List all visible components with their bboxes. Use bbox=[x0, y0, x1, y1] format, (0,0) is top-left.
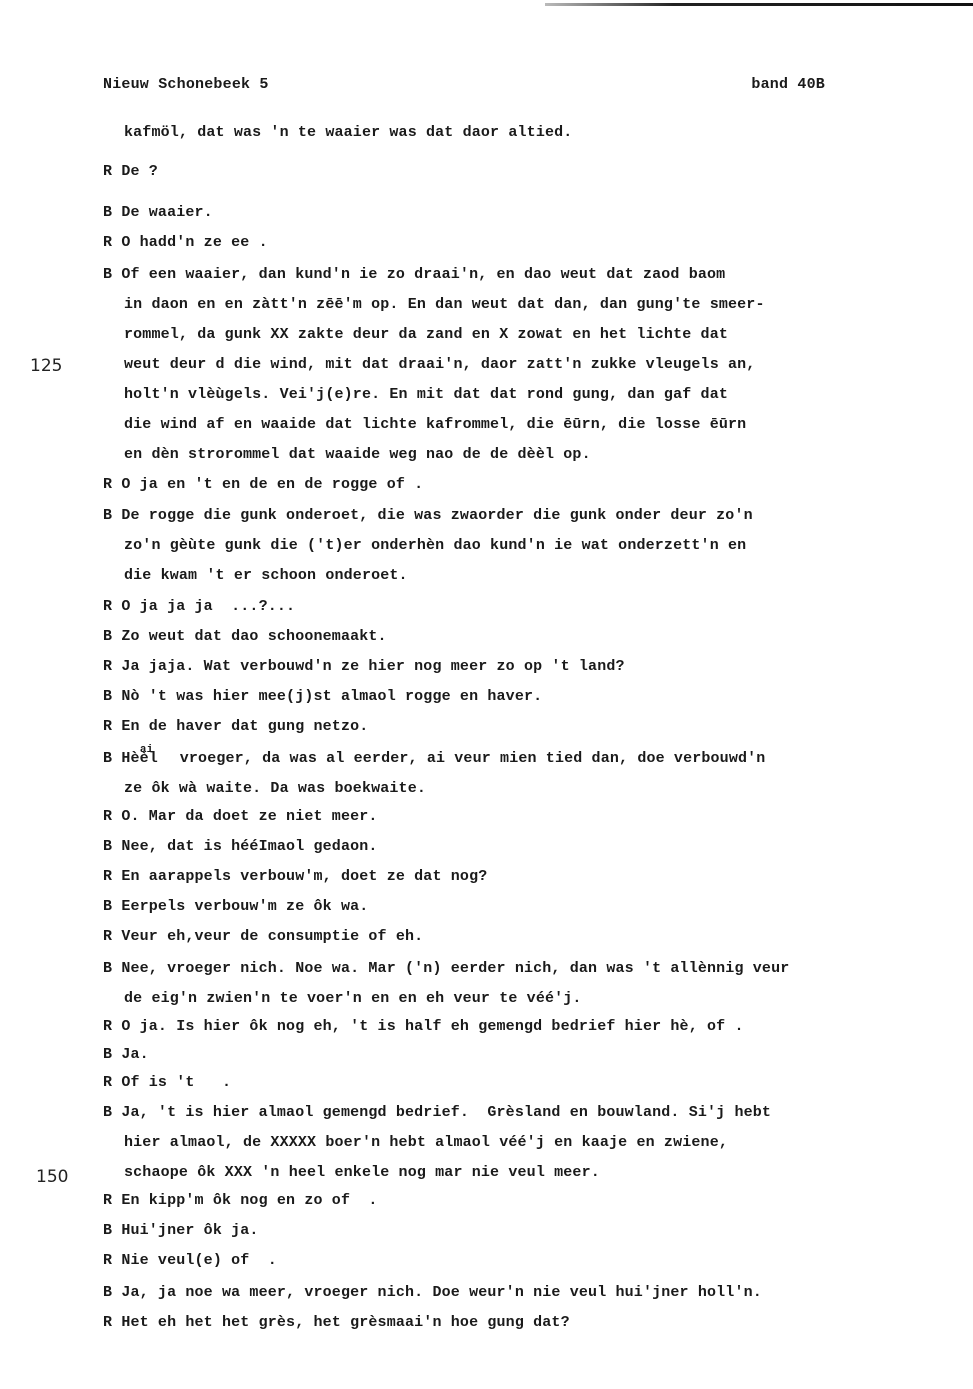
speaker-label: R bbox=[103, 1074, 121, 1091]
speaker-label: B bbox=[103, 204, 121, 221]
speaker-label: R bbox=[103, 163, 121, 180]
dialogue-line-r: R Of is 't . bbox=[103, 1074, 231, 1092]
line-text: holt'n vlèùgels. Vei'j(e)re. En mit dat … bbox=[124, 386, 728, 403]
line-text: rommel, da gunk XX zakte deur da zand en… bbox=[124, 326, 728, 343]
dialogue-line-b: B Nò 't was hier mee(j)st almaol rogge e… bbox=[103, 688, 542, 706]
dialogue-line-r: R O ja en 't en de en de rogge of . bbox=[103, 476, 423, 494]
dialogue-line-r: R O. Mar da doet ze niet meer. bbox=[103, 808, 378, 826]
dialogue-line-b: B Ja, ja noe wa meer, vroeger nich. Doe … bbox=[103, 1284, 762, 1302]
line-text: Nee, dat is hééImaol gedaon. bbox=[121, 838, 377, 855]
line-text: O hadd'n ze ee . bbox=[121, 234, 267, 251]
margin-note-counter: 150 bbox=[36, 1167, 68, 1187]
dialogue-continuation-line: en dèn strorommel dat waaide weg nao de … bbox=[124, 446, 591, 464]
dialogue-continuation-line: holt'n vlèùgels. Vei'j(e)re. En mit dat … bbox=[124, 386, 728, 404]
dialogue-continuation-line: rommel, da gunk XX zakte deur da zand en… bbox=[124, 326, 728, 344]
dialogue-line-r: R O ja. Is hier ôk nog eh, 't is half eh… bbox=[103, 1018, 744, 1036]
dialogue-continuation-line: zo'n gèùte gunk die ('t)er onderhèn dao … bbox=[124, 537, 746, 555]
dialogue-line-r: R En aarappels verbouw'm, doet ze dat no… bbox=[103, 868, 487, 886]
dialogue-line-b: B Hèèlai vroeger, da was al eerder, ai v… bbox=[103, 750, 765, 769]
speaker-label: B bbox=[103, 507, 121, 524]
dialogue-line-b: B Ja, 't is hier almaol gemengd bedrief.… bbox=[103, 1104, 771, 1122]
speaker-label: R bbox=[103, 476, 121, 493]
speaker-label: B bbox=[103, 628, 121, 645]
line-text: Hui'jner ôk ja. bbox=[121, 1222, 258, 1239]
page-header: Nieuw Schonebeek 5 band 40B bbox=[103, 76, 825, 96]
dialogue-line-b: B Nee, vroeger nich. Noe wa. Mar ('n) ee… bbox=[103, 960, 789, 978]
dialogue-line-r: R Nie veul(e) of . bbox=[103, 1252, 277, 1270]
line-text: weut deur d die wind, mit dat draai'n, d… bbox=[124, 356, 755, 373]
dialogue-continuation-line: weut deur d die wind, mit dat draai'n, d… bbox=[124, 356, 755, 374]
speaker-label: B bbox=[103, 960, 121, 977]
dialogue-continuation-line: hier almaol, de XXXXX boer'n hebt almaol… bbox=[124, 1134, 728, 1152]
line-text: En de haver dat gung netzo. bbox=[121, 718, 368, 735]
line-text: in daon en en zàtt'n zēē'm op. En dan we… bbox=[124, 296, 765, 313]
speaker-label: B bbox=[103, 1284, 121, 1301]
line-text: Ja. bbox=[121, 1046, 148, 1063]
speaker-label: R bbox=[103, 1314, 121, 1331]
superscript-annotation: ai bbox=[140, 744, 154, 756]
line-text: O ja. Is hier ôk nog eh, 't is half eh g… bbox=[121, 1018, 743, 1035]
line-text: Zo weut dat dao schoonemaakt. bbox=[121, 628, 386, 645]
line-text: zo'n gèùte gunk die ('t)er onderhèn dao … bbox=[124, 537, 746, 554]
line-text: Ja, ja noe wa meer, vroeger nich. Doe we… bbox=[121, 1284, 762, 1301]
speaker-label: B bbox=[103, 266, 121, 283]
line-text: O ja ja ja ...?... bbox=[121, 598, 295, 615]
speaker-label: R bbox=[103, 598, 121, 615]
dialogue-line-r: R De ? bbox=[103, 163, 158, 181]
dialogue-line-b: B Hui'jner ôk ja. bbox=[103, 1222, 259, 1240]
line-text: De waaier. bbox=[121, 204, 213, 221]
dialogue-continuation-line: die wind af en waaide dat lichte kafromm… bbox=[124, 416, 746, 434]
dialogue-line-r: R En de haver dat gung netzo. bbox=[103, 718, 368, 736]
line-text: schaope ôk XXX 'n heel enkele nog mar ni… bbox=[124, 1164, 600, 1181]
tape-label: band 40B bbox=[751, 76, 825, 93]
line-text: kafmöl, dat was 'n te waaier was dat dao… bbox=[124, 124, 572, 141]
dialogue-line-r: R Het eh het het grès, het grèsmaai'n ho… bbox=[103, 1314, 570, 1332]
dialogue-line-b: B De waaier. bbox=[103, 204, 213, 222]
line-text: Ja, 't is hier almaol gemengd bedrief. G… bbox=[121, 1104, 771, 1121]
line-text: Veur eh,veur de consumptie of eh. bbox=[121, 928, 423, 945]
speaker-label: B bbox=[103, 1104, 121, 1121]
dialogue-continuation-line: in daon en en zàtt'n zēē'm op. En dan we… bbox=[124, 296, 765, 314]
line-text: En aarappels verbouw'm, doet ze dat nog? bbox=[121, 868, 487, 885]
line-text: Of is 't . bbox=[121, 1074, 231, 1091]
line-text: En kipp'm ôk nog en zo of . bbox=[121, 1192, 377, 1209]
document-title: Nieuw Schonebeek 5 bbox=[103, 76, 269, 93]
dialogue-line-b: B Of een waaier, dan kund'n ie zo draai'… bbox=[103, 266, 725, 284]
line-text: De rogge die gunk onderoet, die was zwao… bbox=[121, 507, 752, 524]
speaker-label: R bbox=[103, 868, 121, 885]
dialogue-continuation-line: ze ôk wà waite. Da was boekwaite. bbox=[124, 780, 426, 798]
dialogue-line-b: B Zo weut dat dao schoonemaakt. bbox=[103, 628, 387, 646]
line-text: Het eh het het grès, het grèsmaai'n hoe … bbox=[121, 1314, 569, 1331]
dialogue-line-r: R Veur eh,veur de consumptie of eh. bbox=[103, 928, 423, 946]
line-text: ze ôk wà waite. Da was boekwaite. bbox=[124, 780, 426, 797]
speaker-label: B bbox=[103, 898, 121, 915]
speaker-label: R bbox=[103, 658, 121, 675]
speaker-label: B bbox=[103, 750, 121, 767]
line-text: die kwam 't er schoon onderoet. bbox=[124, 567, 408, 584]
dialogue-line-b: B Nee, dat is hééImaol gedaon. bbox=[103, 838, 378, 856]
speaker-label: R bbox=[103, 234, 121, 251]
speaker-label: B bbox=[103, 838, 121, 855]
line-text: Nee, vroeger nich. Noe wa. Mar ('n) eerd… bbox=[121, 960, 789, 977]
speaker-label: B bbox=[103, 688, 121, 705]
margin-note-counter: 125 bbox=[30, 356, 62, 376]
speaker-label: R bbox=[103, 1192, 121, 1209]
dialogue-continuation-line: schaope ôk XXX 'n heel enkele nog mar ni… bbox=[124, 1164, 600, 1182]
speaker-label: R bbox=[103, 718, 121, 735]
line-text: Of een waaier, dan kund'n ie zo draai'n,… bbox=[121, 266, 725, 283]
speaker-label: R bbox=[103, 808, 121, 825]
speaker-label: R bbox=[103, 1252, 121, 1269]
dialogue-line-b: B De rogge die gunk onderoet, die was zw… bbox=[103, 507, 753, 525]
line-text: die wind af en waaide dat lichte kafromm… bbox=[124, 416, 746, 433]
dialogue-line-r: R O hadd'n ze ee . bbox=[103, 234, 268, 252]
speaker-label: B bbox=[103, 1046, 121, 1063]
line-text: Hèèlai vroeger, da was al eerder, ai veu… bbox=[121, 750, 765, 767]
typewritten-transcript-page: Nieuw Schonebeek 5 band 40B 125 150 kafm… bbox=[0, 0, 973, 1389]
dialogue-continuation-line: die kwam 't er schoon onderoet. bbox=[124, 567, 408, 585]
dialogue-line-b: B Ja. bbox=[103, 1046, 149, 1064]
speaker-label: R bbox=[103, 1018, 121, 1035]
dialogue-continuation-line: de eig'n zwien'n te voer'n en en eh veur… bbox=[124, 990, 582, 1008]
speaker-label: R bbox=[103, 928, 121, 945]
line-text: Ja jaja. Wat verbouwd'n ze hier nog meer… bbox=[121, 658, 624, 675]
line-text: O. Mar da doet ze niet meer. bbox=[121, 808, 377, 825]
dialogue-line-b: B Eerpels verbouw'm ze ôk wa. bbox=[103, 898, 368, 916]
line-text: O ja en 't en de en de rogge of . bbox=[121, 476, 423, 493]
dialogue-line-r: R O ja ja ja ...?... bbox=[103, 598, 295, 616]
line-text: Nie veul(e) of . bbox=[121, 1252, 277, 1269]
line-text: De ? bbox=[121, 163, 158, 180]
dialogue-line-r: R En kipp'm ôk nog en zo of . bbox=[103, 1192, 378, 1210]
scan-edge-line bbox=[545, 3, 973, 6]
line-text: Nò 't was hier mee(j)st almaol rogge en … bbox=[121, 688, 542, 705]
line-text: Eerpels verbouw'm ze ôk wa. bbox=[121, 898, 368, 915]
line-text: de eig'n zwien'n te voer'n en en eh veur… bbox=[124, 990, 582, 1007]
line-text: en dèn strorommel dat waaide weg nao de … bbox=[124, 446, 591, 463]
dialogue-continuation-line: kafmöl, dat was 'n te waaier was dat dao… bbox=[124, 124, 572, 142]
line-text: hier almaol, de XXXXX boer'n hebt almaol… bbox=[124, 1134, 728, 1151]
dialogue-line-r: R Ja jaja. Wat verbouwd'n ze hier nog me… bbox=[103, 658, 625, 676]
speaker-label: B bbox=[103, 1222, 121, 1239]
